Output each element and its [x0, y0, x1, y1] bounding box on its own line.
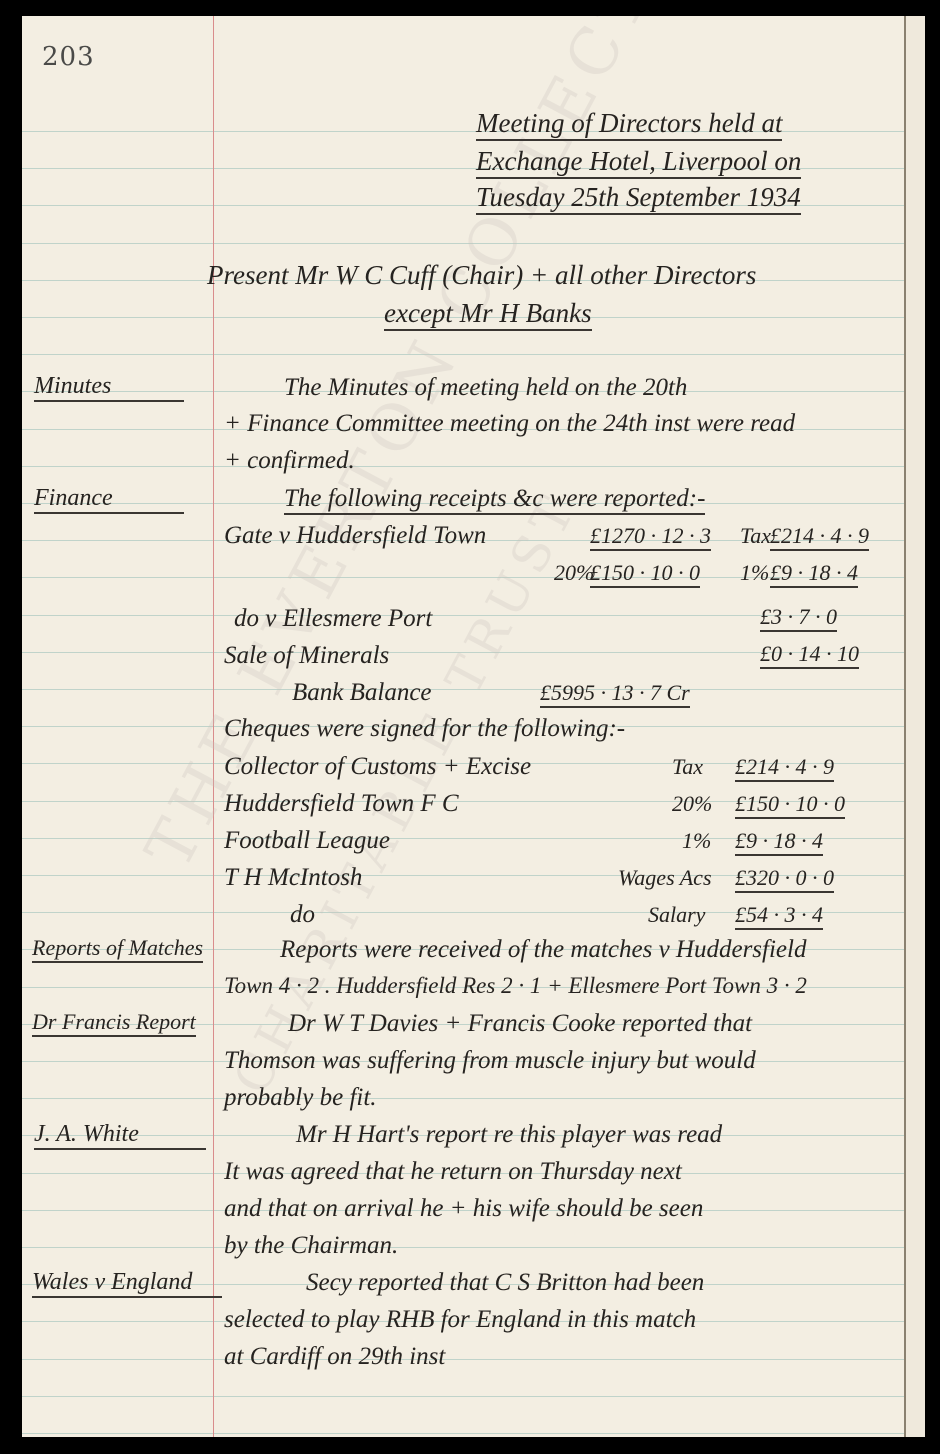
cheque-note: Tax [672, 756, 703, 778]
present-line-2: except Mr H Banks [384, 300, 592, 331]
section-label-wales-v-england: Wales v England [32, 1270, 222, 1298]
receipt-item: Gate v Huddersfield Town [224, 523, 486, 548]
cheque-note: Wages Acs [618, 867, 712, 889]
cheque-note: 20% [672, 793, 712, 815]
receipt-tax: £9 · 18 · 4 [770, 562, 858, 588]
ruled-line [22, 1359, 925, 1360]
cheque-payee: Football League [224, 828, 390, 853]
cheque-amount: £320 · 0 · 0 [735, 867, 834, 893]
receipt-tax: £0 · 14 · 10 [760, 643, 859, 669]
cheque-payee: Huddersfield Town F C [224, 791, 459, 816]
bank-balance-label: Bank Balance [292, 680, 432, 705]
ruled-line [22, 1247, 925, 1248]
ruled-line [22, 466, 925, 467]
section-label-ja-white: J. A. White [34, 1122, 206, 1150]
receipt-item: Sale of Minerals [224, 643, 389, 668]
bank-balance-value: £5995 · 13 · 7 Cr [540, 682, 690, 708]
ruled-line [22, 1396, 925, 1397]
wales-line-2: selected to play RHB for England in this… [224, 1307, 696, 1332]
section-label-reports-of-matches: Reports of Matches [32, 937, 203, 963]
minutes-line-2: + Finance Committee meeting on the 24th … [224, 411, 795, 436]
receipt-amount: £1270 · 12 · 3 [590, 525, 711, 551]
receipt-tax-label: 1% [740, 562, 769, 584]
reports-line-1: Reports were received of the matches v H… [280, 937, 806, 962]
section-label-dr-francis-report: Dr Francis Report [32, 1011, 196, 1037]
white-line-2: It was agreed that he return on Thursday… [224, 1159, 682, 1184]
page-fold-line [904, 16, 906, 1437]
section-label-finance: Finance [34, 486, 184, 514]
minutes-line-1: The Minutes of meeting held on the 20th [284, 375, 687, 400]
wales-line-3: at Cardiff on 29th inst [224, 1344, 445, 1369]
cheque-amount: £9 · 18 · 4 [735, 830, 823, 856]
white-line-3: and that on arrival he + his wife should… [224, 1196, 703, 1221]
heading-line-3: Tuesday 25th September 1934 [476, 184, 801, 215]
ruled-line [22, 1433, 925, 1434]
receipt-item: do v Ellesmere Port [234, 606, 432, 631]
present-line-1: Present Mr W C Cuff (Chair) + all other … [207, 262, 756, 289]
wales-line-1: Secy reported that C S Britton had been [306, 1270, 704, 1295]
white-line-1: Mr H Hart's report re this player was re… [296, 1122, 722, 1147]
ruled-line [22, 1098, 925, 1099]
cheque-amount: £214 · 4 · 9 [735, 756, 834, 782]
section-label-minutes: Minutes [34, 374, 184, 402]
dr-report-line-3: probably be fit. [224, 1085, 377, 1110]
cheque-payee: do [290, 902, 315, 927]
heading-line-1: Meeting of Directors held at [476, 110, 782, 141]
dr-report-line-2: Thomson was suffering from muscle injury… [224, 1048, 756, 1073]
receipt-tax: £3 · 7 · 0 [760, 606, 837, 632]
cheque-note: Salary [648, 904, 705, 926]
receipt-amount-label: 20% [554, 562, 594, 584]
dr-report-line-1: Dr W T Davies + Francis Cooke reported t… [288, 1011, 752, 1036]
reports-line-2: Town 4 · 2 . Huddersfield Res 2 · 1 + El… [224, 974, 807, 997]
cheque-payee: T H McIntosh [224, 865, 362, 890]
receipt-tax-label: Tax [740, 525, 771, 547]
receipt-amount: £150 · 10 · 0 [590, 562, 700, 588]
white-line-4: by the Chairman. [224, 1233, 398, 1258]
minutes-line-3: + confirmed. [224, 448, 355, 473]
heading-line-2: Exchange Hotel, Liverpool on [476, 148, 801, 179]
ruled-line [22, 131, 925, 132]
ledger-page: THE EVERTON COLLECTION CHARITABLE TRUST … [22, 16, 925, 1437]
receipt-tax: £214 · 4 · 9 [770, 525, 869, 551]
cheque-amount: £150 · 10 · 0 [735, 793, 845, 819]
cheques-intro: Cheques were signed for the following:- [224, 716, 625, 741]
cheque-payee: Collector of Customs + Excise [224, 754, 531, 779]
page-gutter [906, 16, 925, 1437]
cheque-note: 1% [682, 830, 711, 852]
page-number: 203 [42, 42, 95, 72]
cheque-amount: £54 · 3 · 4 [735, 904, 823, 930]
finance-intro: The following receipts &c were reported:… [284, 486, 705, 515]
